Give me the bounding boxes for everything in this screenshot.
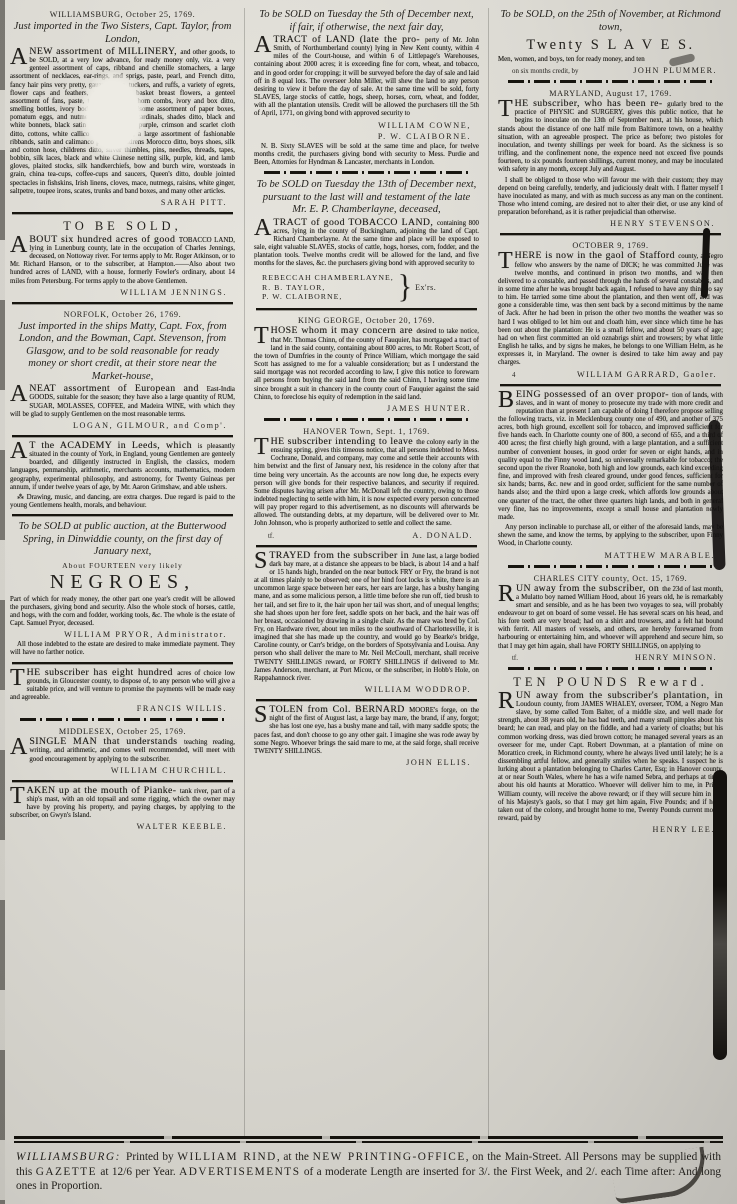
section-rule <box>12 212 233 214</box>
section-rule <box>256 545 477 547</box>
advertisement: AT the ACADEMY in Leeds, which is pleasa… <box>10 442 235 510</box>
imprint-segment: GAZETTE <box>36 1166 97 1178</box>
ad-body: STOLEN from Col. BERNARD MOORE's forge, … <box>254 706 479 756</box>
ad-heading: TEN POUNDS Reward. <box>498 675 723 690</box>
signature-name: JOHN PLUMMER. <box>633 66 717 75</box>
ad-body: THE subscriber, who has been re- gularly… <box>498 100 723 174</box>
signature: WILLIAM PRYOR, Administrator. <box>10 630 235 640</box>
signature: WILLIAM COWNE, <box>254 121 479 131</box>
ad-body: RUN away from the subscriber's plantatio… <box>498 692 723 824</box>
signature: MATTHEW MARABLE. <box>498 551 723 561</box>
drop-capital: R <box>498 585 516 603</box>
advertisement: WILLIAMSBURG, October 25, 1769.Just impo… <box>10 9 235 208</box>
section-rule-dotted <box>508 667 713 670</box>
ad-body: ANEAT assortment of European and East-In… <box>10 385 235 419</box>
ad-body: Men, women, and boys, ten for ready mone… <box>498 56 723 64</box>
signature: HENRY STEVENSON. <box>498 219 723 229</box>
section-rule-dotted <box>264 171 469 174</box>
drop-capital: T <box>10 669 27 687</box>
lead-line: T the ACADEMY in Leeds, which <box>29 440 197 451</box>
lead-line: UN away from the subscriber's plantation… <box>516 690 723 701</box>
section-rule <box>12 302 233 304</box>
lead-line: NEW assortment of MILLINERY, <box>29 46 180 57</box>
printer-imprint: WILLIAMSBURG: Printed by WILLIAM RIND, a… <box>16 1150 721 1194</box>
signature-line: tf.A. DONALD. <box>254 531 479 541</box>
signature: WALTER KEEBLE. <box>10 822 235 832</box>
ad-headline: To be SOLD on Tuesday the 13th of Decemb… <box>256 179 477 217</box>
ad-body: ⁂ Drawing, music, and dancing, are extra… <box>10 494 235 510</box>
drop-capital: S <box>254 706 269 724</box>
signature: WILLIAM CHURCHILL. <box>10 766 235 776</box>
ad-preline: About FOURTEEN very likely <box>10 561 235 570</box>
drop-capital: A <box>10 738 29 756</box>
lead-line: HE subscriber has eight hundred <box>27 667 178 678</box>
drop-capital: A <box>10 48 29 66</box>
drop-capital: A <box>10 442 29 460</box>
imprint-segment: WILLIAMSBURG: <box>16 1151 126 1163</box>
advertisement: THE subscriber has eight hundred acres o… <box>10 669 235 715</box>
ad-display-text: Twenty S L A V E S. <box>498 36 723 54</box>
newspaper-page: WILLIAMSBURG, October 25, 1769.Just impo… <box>0 0 737 1204</box>
executors-brace: REBECCAH CHAMBERLAYNE,R. B. TAYLOR,P. W.… <box>262 270 479 304</box>
imprint-segment: ADVERTISEMENTS <box>179 1166 300 1178</box>
ad-headline: Just imported in the ships Matty, Capt. … <box>12 321 233 384</box>
section-rule-dotted <box>20 718 225 721</box>
section-rule <box>500 384 721 386</box>
brace-label: Ex'rs. <box>415 283 436 292</box>
column-2: To be SOLD on Tuesday the 5th of Decembe… <box>244 8 479 1136</box>
advertisement: OCTOBER 9, 1769.THERE is now in the gaol… <box>498 240 723 379</box>
section-rule <box>256 699 477 701</box>
signature-name: HENRY MINSON. <box>635 653 717 662</box>
executor-names: REBECCAH CHAMBERLAYNE,R. B. TAYLOR,P. W.… <box>262 273 394 302</box>
section-rule <box>12 435 233 437</box>
ad-headline: To be SOLD, on the 25th of November, at … <box>500 9 721 34</box>
advertisement-columns: WILLIAMSBURG, October 25, 1769.Just impo… <box>0 0 737 1136</box>
signature-left: tf. <box>512 654 518 663</box>
section-rule-dotted <box>508 80 713 83</box>
drop-capital: B <box>498 391 516 409</box>
ad-body: TAKEN up at the mouth of Pianke- tank ri… <box>10 787 235 821</box>
signature-name: A. DONALD. <box>412 531 473 540</box>
signature-left: on six months credit, by <box>512 67 578 76</box>
advertisement: CHARLES CITY county, Oct. 15, 1769.RUN a… <box>498 573 723 663</box>
section-rule <box>12 662 233 664</box>
ad-body: All those indebted to the estate are des… <box>10 641 235 657</box>
advertisement: TO BE SOLD,ABOUT six hundred acres of go… <box>10 219 235 298</box>
lead-line: HE subscriber, who has been re- <box>515 98 667 109</box>
advertisement: TEN POUNDS Reward.RUN away from the subs… <box>498 675 723 836</box>
lead-line: BOUT six hundred acres of good <box>29 234 179 245</box>
lead-line: HOSE whom it may concern are <box>271 325 417 336</box>
ad-body: Any person inclinable to purchase all, o… <box>498 524 723 548</box>
ad-body: I shall be obliged to those who will fav… <box>498 177 723 218</box>
lead-line: EING possessed of an over propor- <box>516 389 672 400</box>
signature-name: WILLIAM GARRARD, Gaoler. <box>577 370 717 379</box>
ad-body: N. B. Sixty SLAVES will be sold at the s… <box>254 143 479 167</box>
ad-body: THE subscriber intending to leave the co… <box>254 438 479 529</box>
lead-line: SINGLE MAN that understands <box>29 736 184 747</box>
signature: P. W. CLAIBORNE. <box>254 132 479 142</box>
drop-capital: A <box>10 236 29 254</box>
section-rule-dotted <box>508 565 713 568</box>
ad-body: BEING possessed of an over propor- tion … <box>498 391 723 523</box>
ad-body: THOSE whom it may concern are desired to… <box>254 327 479 401</box>
advertisement: STOLEN from Col. BERNARD MOORE's forge, … <box>254 706 479 768</box>
drop-capital: A <box>10 385 29 403</box>
advertisement: MIDDLESEX, October 25, 1769.ASINGLE MAN … <box>10 726 235 775</box>
lead-line: TOLEN from Col. BERNARD <box>269 704 409 715</box>
ad-headline: To be SOLD at public auction, at the But… <box>12 521 233 559</box>
lead-line: TRACT of good TOBACCO LAND, <box>273 217 437 228</box>
ad-display-text: NEGROES, <box>10 571 235 594</box>
dateline: NORFOLK, October 26, 1769. <box>10 309 235 320</box>
signature: WILLIAM JENNINGS. <box>10 288 235 298</box>
lead-line: TRACT of LAND (late the pro- <box>273 34 425 45</box>
brace-glyph: } <box>398 269 412 306</box>
lead-line: HE subscriber intending to leave <box>271 436 417 447</box>
signature-left: tf. <box>268 532 274 541</box>
signature: JOHN ELLIS. <box>254 758 479 768</box>
ad-body: STRAYED from the subscriber in June last… <box>254 552 479 684</box>
advertisement: BEING possessed of an over propor- tion … <box>498 391 723 561</box>
advertisement: TAKEN up at the mouth of Pianke- tank ri… <box>10 787 235 833</box>
ad-body: RUN away from the subscriber, on the 23d… <box>498 585 723 651</box>
signature-left: 4 <box>512 371 515 380</box>
lead-line: UN away from the subscriber, on <box>516 583 662 594</box>
dateline: WILLIAMSBURG, October 25, 1769. <box>10 9 235 20</box>
signature: JAMES HUNTER. <box>254 404 479 414</box>
column-1: WILLIAMSBURG, October 25, 1769.Just impo… <box>10 8 235 1136</box>
signature-line: tf.HENRY MINSON. <box>498 653 723 663</box>
advertisement: NORFOLK, October 26, 1769.Just imported … <box>10 309 235 431</box>
lead-line: HERE is now in the gaol of Stafford <box>515 250 679 261</box>
advertisement: STRAYED from the subscriber in June last… <box>254 552 479 696</box>
advertisement: To be SOLD, on the 25th of November, at … <box>498 9 723 76</box>
ad-heading: TO BE SOLD, <box>10 219 235 234</box>
lead-line: TRAYED from the subscriber in <box>269 550 412 561</box>
advertisement: HANOVER Town, Sept. 1, 1769.THE subscrib… <box>254 426 479 541</box>
section-rule <box>256 308 477 310</box>
ad-headline: Just imported in the Two Sisters, Capt. … <box>12 21 233 46</box>
drop-capital: R <box>498 692 516 710</box>
imprint-segment: Printed by <box>126 1151 177 1163</box>
ad-body: ATRACT of good TOBACCO LAND, containing … <box>254 219 479 269</box>
drop-capital: S <box>254 552 269 570</box>
drop-capital: T <box>10 787 27 805</box>
advertisement: MARYLAND, August 17, 1769.THE subscriber… <box>498 88 723 229</box>
signature-line: on six months credit, byJOHN PLUMMER. <box>498 66 723 76</box>
ad-body: AT the ACADEMY in Leeds, which is pleasa… <box>10 442 235 492</box>
advertisement: To be SOLD at public auction, at the But… <box>10 521 235 657</box>
section-rule <box>12 780 233 782</box>
advertisement: To be SOLD on Tuesday the 13th of Decemb… <box>254 179 479 304</box>
imprint-segment: at 12/6 per Year. <box>97 1166 179 1178</box>
ad-body: ATRACT of LAND (late the pro- perty of M… <box>254 36 479 119</box>
drop-capital: T <box>254 327 271 345</box>
imprint-footer: WILLIAMSBURG: Printed by WILLIAM RIND, a… <box>0 1136 737 1194</box>
advertisement: To be SOLD on Tuesday the 5th of Decembe… <box>254 9 479 167</box>
drop-capital: T <box>498 100 515 118</box>
drop-capital: A <box>254 36 273 54</box>
ad-body: THERE is now in the gaol of Stafford cou… <box>498 252 723 367</box>
section-rule <box>12 514 233 516</box>
executor-name: P. W. CLAIBORNE, <box>262 292 394 302</box>
section-rule <box>500 233 721 235</box>
ad-body: ASINGLE MAN that understands teaching re… <box>10 738 235 763</box>
ad-body: THE subscriber has eight hundred acres o… <box>10 669 235 703</box>
column-3: To be SOLD, on the 25th of November, at … <box>488 8 723 1136</box>
signature: LOGAN, GILMOUR, and Comp'. <box>10 421 235 431</box>
signature: HENRY LEE. <box>498 825 723 835</box>
drop-capital: T <box>498 252 515 270</box>
signature-line: 4WILLIAM GARRARD, Gaoler. <box>498 370 723 380</box>
signature: SARAH PITT. <box>10 198 235 208</box>
executor-name: R. B. TAYLOR, <box>262 283 394 293</box>
signature: WILLIAM WODDROP. <box>254 685 479 695</box>
section-rule-dotted <box>264 418 469 421</box>
ad-body: ANEW assortment of MILLINERY, and other … <box>10 48 235 196</box>
executor-name: REBECCAH CHAMBERLAYNE, <box>262 273 394 283</box>
ad-body: Part of which for ready money, the other… <box>10 596 235 629</box>
lead-line: NEAT assortment of European and <box>29 383 206 394</box>
drop-capital: T <box>254 438 271 456</box>
imprint-segment: WILLIAM RIND <box>177 1151 276 1163</box>
advertisement: KING GEORGE, October 20, 1769.THOSE whom… <box>254 315 479 413</box>
ad-body: ABOUT six hundred acres of good TOBACCO … <box>10 236 235 286</box>
drop-capital: A <box>254 219 273 237</box>
ad-headline: To be SOLD on Tuesday the 5th of Decembe… <box>256 9 477 34</box>
lead-line: AKEN up at the mouth of Pianke- <box>27 785 180 796</box>
footer-double-rule <box>14 1136 723 1144</box>
signature: FRANCIS WILLIS. <box>10 704 235 714</box>
imprint-segment: NEW PRINTING-OFFICE <box>313 1151 466 1163</box>
imprint-segment: , at the <box>277 1151 313 1163</box>
